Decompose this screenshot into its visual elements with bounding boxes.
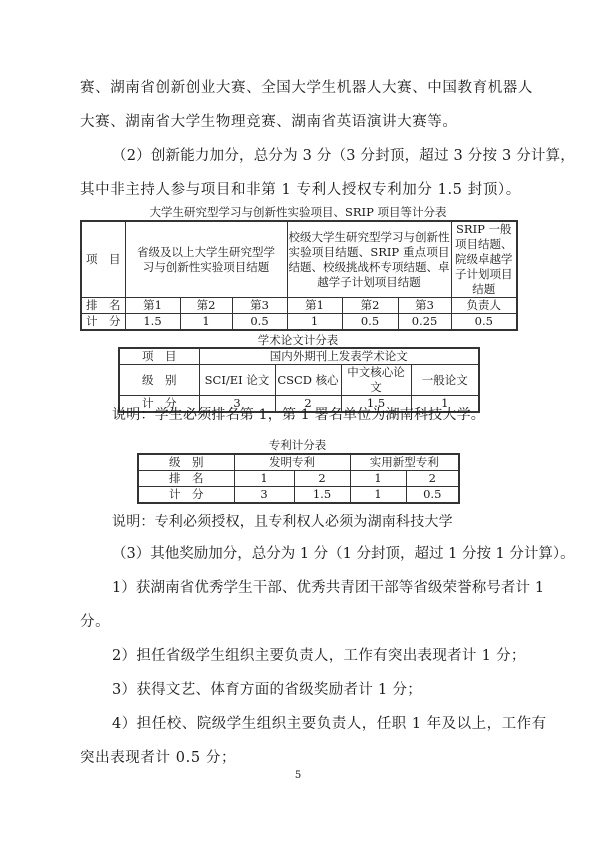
row-header: 计 分 [81, 314, 125, 331]
paragraph-line: 大赛、湖南省大学生物理竞赛、湖南省英语演讲大赛等。 [80, 112, 520, 132]
group-header: 省级及以上大学生研究型学习与创新性实验项目结题 [125, 221, 287, 298]
table-cell: 第2 [180, 298, 232, 314]
table-cell: 2 [406, 471, 459, 487]
row-header: 级 别 [138, 454, 234, 471]
patent-score-table: 级 别 发明专利 实用新型专利 排 名 1 2 1 2 计 分 3 1.5 1 … [137, 453, 460, 504]
table-cell: 0.5 [451, 314, 517, 331]
list-item: 3）获得文艺、体育方面的省级奖励者计 1 分； [112, 680, 552, 700]
list-item: 4）担任校、院级学生组织主要负责人，任职 1 年及以上，工作有 [112, 714, 552, 734]
table-cell: 负责人 [451, 298, 517, 314]
list-item: 分。 [80, 612, 520, 632]
table-caption: 大学生研究型学习与创新性实验项目、SRIP 项目等计分表 [80, 204, 516, 220]
paragraph-line: （2）创新能力加分，总分为 3 分（3 分封顶，超过 3 分按 3 分计算， [112, 146, 552, 166]
table-cell: 3 [234, 487, 294, 504]
list-item: 突出表现者计 0.5 分； [80, 748, 520, 768]
row-header: 级 别 [119, 365, 199, 396]
table-cell: CSCD 核心 [275, 365, 341, 396]
table-cell: 第1 [287, 298, 342, 314]
srip-score-table: 项 目 省级及以上大学生研究型学习与创新性实验项目结题 校级大学生研究型学习与创… [80, 220, 518, 331]
table-cell: 第1 [125, 298, 180, 314]
page-number: 5 [0, 770, 596, 781]
row-header: 排 名 [81, 298, 125, 314]
table-cell: 第2 [342, 298, 398, 314]
table-cell: 一般论文 [411, 365, 479, 396]
table-cell: 1 [350, 487, 406, 504]
table-cell: 0.25 [398, 314, 451, 331]
table-cell: 第3 [398, 298, 451, 314]
table-cell: 中文核心论文 [341, 365, 411, 396]
group-header: 国内外期刊上发表学术论文 [199, 348, 479, 365]
table-caption: 学术论文计分表 [118, 332, 478, 348]
table-cell: 1 [180, 314, 232, 331]
list-item: 1）获湖南省优秀学生干部、优秀共青团干部等省级荣誉称号者计 1 [112, 578, 552, 598]
table-cell: 1.5 [125, 314, 180, 331]
table-cell: 1 [287, 314, 342, 331]
paragraph-line: 赛、湖南省创新创业大赛、全国大学生机器人大赛、中国教育机器人 [80, 78, 520, 98]
table-cell: 0.5 [342, 314, 398, 331]
table-cell: SCI/EI 论文 [199, 365, 275, 396]
row-header: 项 目 [119, 348, 199, 365]
table-cell: 第3 [232, 298, 287, 314]
table-note: 说明：学生必须排名第 1，第 1 署名单位为湖南科技大学。 [112, 405, 552, 425]
row-header: 项 目 [81, 221, 125, 298]
table-cell: 2 [294, 471, 350, 487]
group-header: SRIP 一般项目结题、院级卓越学子计划项目结题 [451, 221, 517, 298]
paper-score-table: 项 目 国内外期刊上发表学术论文 级 别 SCI/EI 论文 CSCD 核心 中… [118, 347, 480, 413]
paragraph-line: 其中非主持人参与项目和非第 1 专利人授权专利加分 1.5 封顶）。 [80, 180, 520, 200]
table-cell: 0.5 [406, 487, 459, 504]
row-header: 计 分 [138, 487, 234, 504]
table-cell: 0.5 [232, 314, 287, 331]
section-heading: （3）其他奖励加分，总分为 1 分（1 分封顶，超过 1 分按 1 分计算）。 [112, 544, 552, 564]
group-header: 校级大学生研究型学习与创新性实验项目结题、SRIP 重点项目结题、校级挑战杯专项… [287, 221, 451, 298]
group-header: 发明专利 [234, 454, 350, 471]
table-cell: 1.5 [294, 487, 350, 504]
table-cell: 1 [234, 471, 294, 487]
table-cell: 1 [350, 471, 406, 487]
table-note: 说明：专利必须授权，且专利权人必须为湖南科技大学 [112, 512, 552, 532]
group-header: 实用新型专利 [350, 454, 459, 471]
list-item: 2）担任省级学生组织主要负责人，工作有突出表现者计 1 分； [112, 646, 552, 666]
row-header: 排 名 [138, 471, 234, 487]
table-caption: 专利计分表 [137, 437, 458, 453]
